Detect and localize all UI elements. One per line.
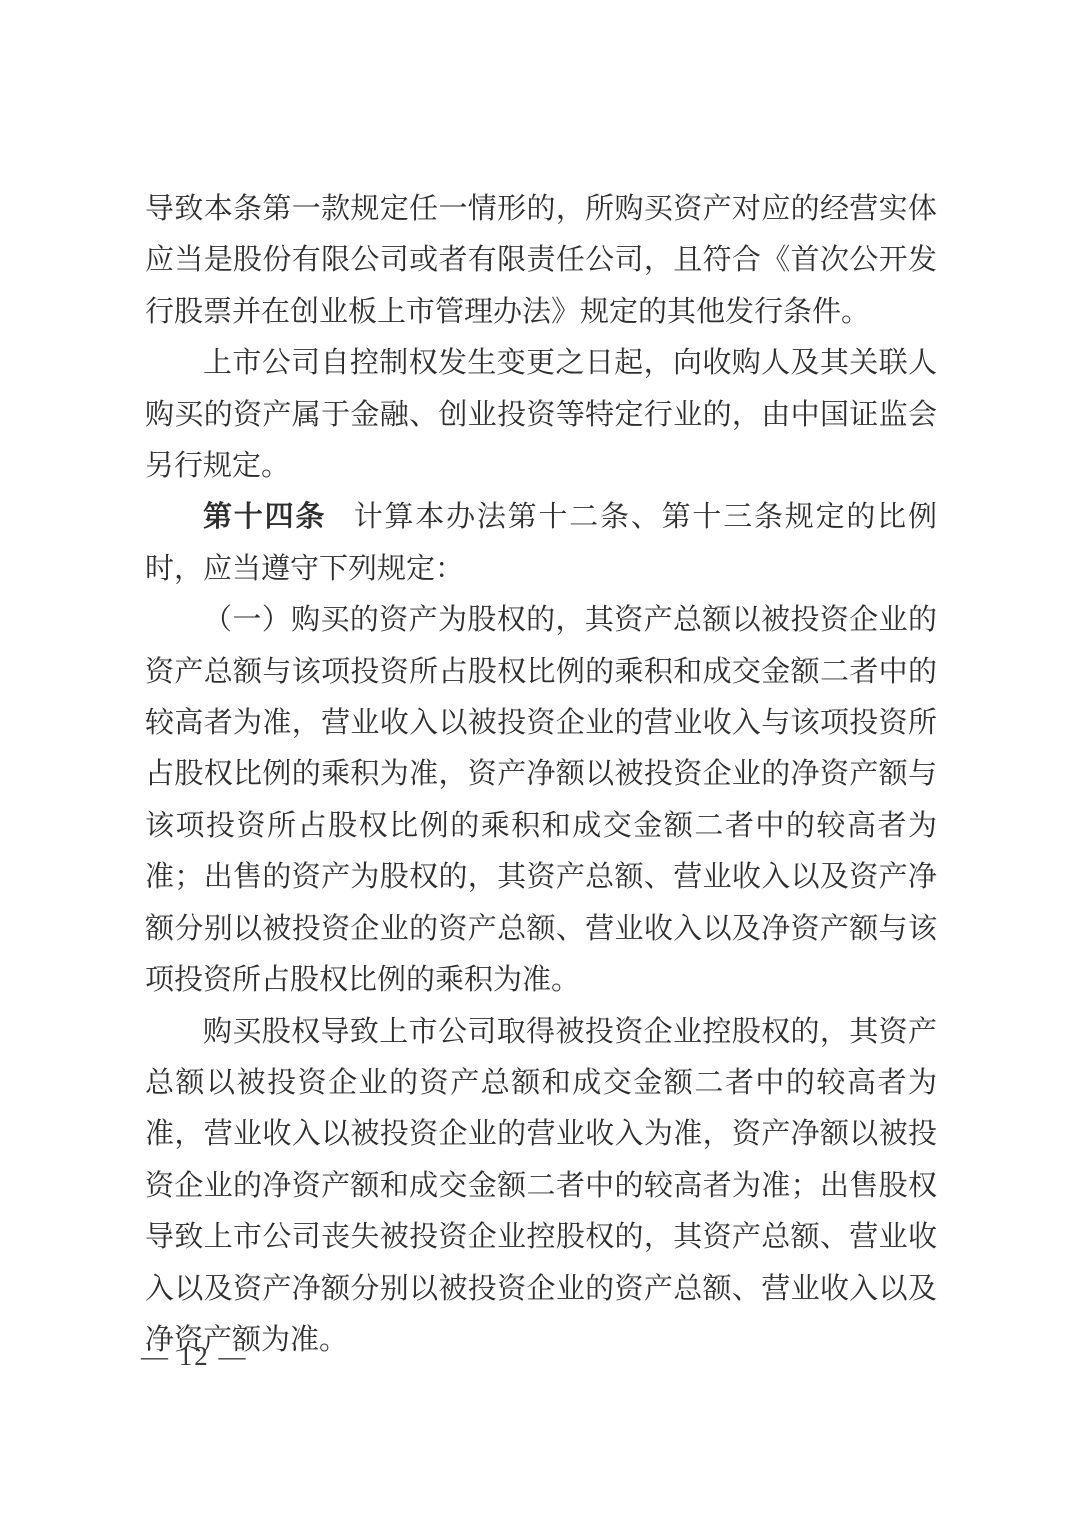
document-body: 导致本条第一款规定任一情形的，所购买资产对应的经营实体应当是股份有限公司或者有限… <box>145 184 937 1366</box>
article-number-label: 第十四条 <box>203 501 326 533</box>
paragraph-equity-purchase: 购买股权导致上市公司取得被投资企业控股权的，其资产总额以被投资企业的资产总额和成… <box>145 1007 937 1367</box>
paragraph-control-change: 上市公司自控制权发生变更之日起，向收购人及其关联人购买的资产属于金融、创业投资等… <box>145 338 937 492</box>
paragraph-article-14: 第十四条计算本办法第十二条、第十三条规定的比例时，应当遵守下列规定： <box>145 492 937 595</box>
paragraph-continuation: 导致本条第一款规定任一情形的，所购买资产对应的经营实体应当是股份有限公司或者有限… <box>145 184 937 338</box>
page-number: — 12 — <box>141 1341 248 1372</box>
document-page: 导致本条第一款规定任一情形的，所购买资产对应的经营实体应当是股份有限公司或者有限… <box>0 0 1080 1527</box>
paragraph-item-one: （一）购买的资产为股权的，其资产总额以被投资企业的资产总额与该项投资所占股权比例… <box>145 595 937 1006</box>
